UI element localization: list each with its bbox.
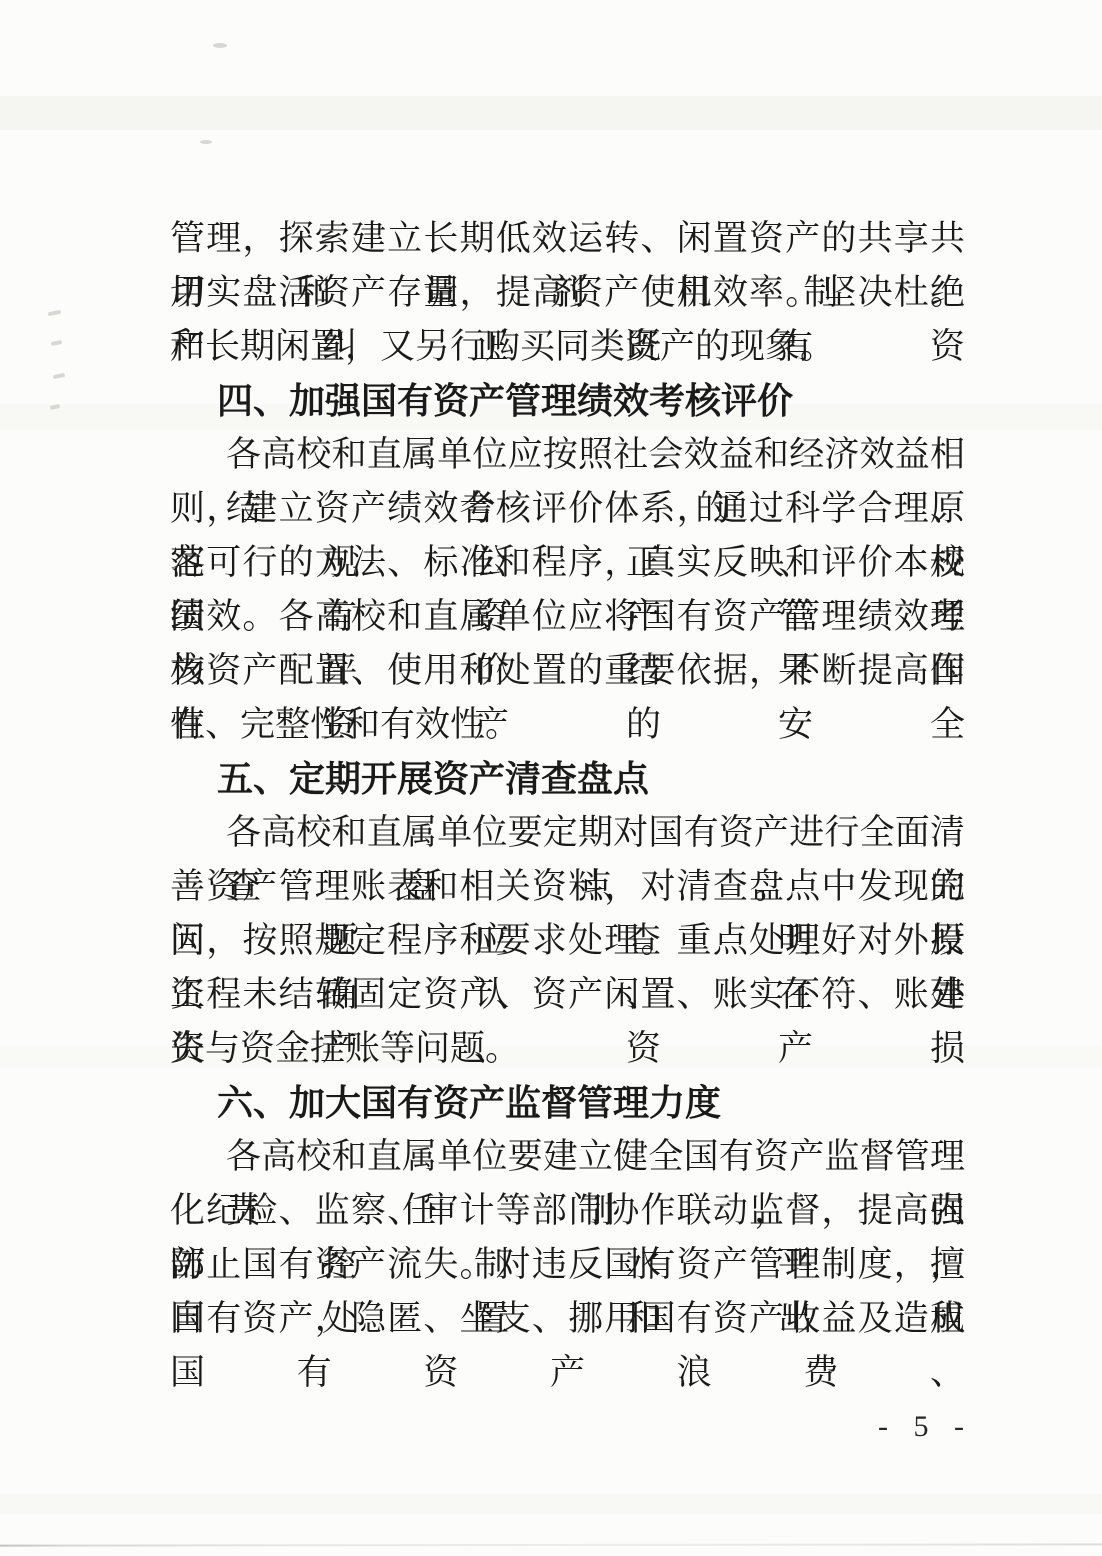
body-line: 范可行的方法、标准和程序，真实反映和评价本校国有资产管理: [170, 536, 965, 590]
body-line: 工程未结转固定资产、资产闲置、账实不符、账外资产、资产损: [170, 968, 965, 1022]
body-line: 善资产管理账表和相关资料，对清查盘点中发现的问题应查明原: [170, 860, 965, 914]
scan-edge-line: [0, 1543, 1102, 1546]
scan-speck: [51, 340, 63, 346]
section-heading-four: 四、加强国有资产管理绩效考核评价: [170, 374, 965, 428]
body-line: 绩效。各高校和直属单位应将国有资产管理绩效考核评价结果作: [170, 590, 965, 644]
body-line: 化纪检、监察、审计等部门协作联动监督，提高内部控制水平，: [170, 1184, 965, 1238]
body-line: 各高校和直属单位要定期对国有资产进行全面清查盘点。完: [170, 806, 965, 860]
body-line: 因，按照规定程序和要求处理。重点处理好对外投资确认、在建: [170, 914, 965, 968]
scan-band: [0, 96, 1102, 130]
body-line: 为资产配置、使用和处置的重要依据，不断提高国有资产的安全: [170, 644, 965, 698]
section-heading-five: 五、定期开展资产清查盘点: [170, 752, 965, 806]
scan-speck: [48, 310, 62, 317]
body-line: 国有资产，隐匿、坐支、挪用国有资产收益及造成国有资产浪费、: [170, 1292, 965, 1346]
body-line: 各高校和直属单位应按照社会效益和经济效益相结合的原: [170, 428, 965, 482]
scan-speck: [213, 43, 227, 48]
body-line: 各高校和直属单位要建立健全国有资产监督管理责任制，强: [170, 1130, 965, 1184]
section-heading-six: 六、加大国有资产监督管理力度: [170, 1076, 965, 1130]
scan-speck: [200, 140, 212, 144]
body-line: 防止国有资产流失。对违反国有资产管理制度，擅自处置和出租: [170, 1238, 965, 1292]
body-line: 切实盘活资产存量，提高资产使用效率。坚决杜绝和纠正既有资: [170, 266, 965, 320]
body-line: 产长期闲置，又另行购买同类资产的现象。: [170, 320, 965, 374]
body-line: 管理，探索建立长期低效运转、闲置资产的共享共用和调剂机制。: [170, 212, 965, 266]
scan-band: [0, 1494, 1102, 1514]
scan-speck: [50, 404, 61, 410]
document-text: 管理，探索建立长期低效运转、闲置资产的共享共用和调剂机制。 切实盘活资产存量，提…: [170, 212, 965, 1346]
scan-speck: [53, 373, 66, 379]
scanned-document-page: 管理，探索建立长期低效运转、闲置资产的共享共用和调剂机制。 切实盘活资产存量，提…: [0, 0, 1102, 1556]
body-line: 性、完整性和有效性。: [170, 698, 965, 752]
page-number: - 5 -: [878, 1410, 973, 1444]
body-line: 则，建立资产绩效考核评价体系，通过科学合理、客观公正、规: [170, 482, 965, 536]
body-line: 失与资金挂账等问题。: [170, 1022, 965, 1076]
